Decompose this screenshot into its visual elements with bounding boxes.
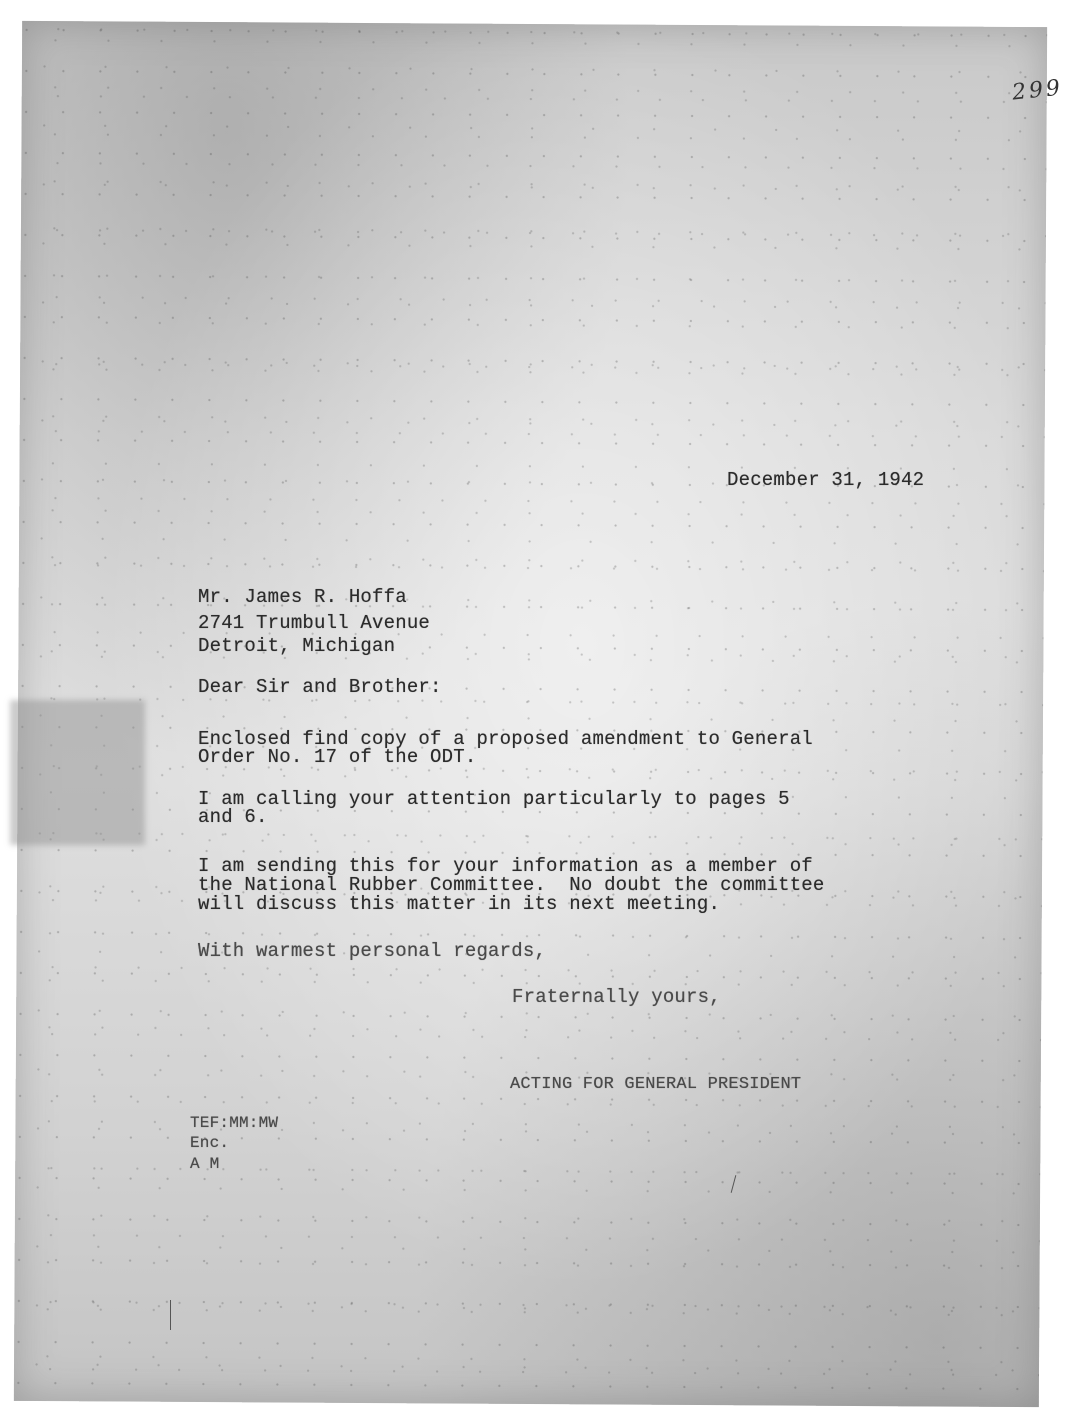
complimentary-close: Fraternally yours, [512, 988, 721, 1007]
letter-date: December 31, 1942 [727, 471, 924, 490]
reference-note: A M [190, 1155, 219, 1174]
letter: 299 December 31, 1942 Mr. James R. Hoffa… [0, 0, 1085, 1417]
recipient-city: Detroit, Michigan [198, 637, 395, 656]
reference-initials: TEF:MM:MW [190, 1114, 278, 1133]
scan-mark [731, 1175, 737, 1193]
paragraph-1-line-2: Order No. 17 of the ODT. [198, 748, 476, 767]
recipient-name: Mr. James R. Hoffa [198, 588, 407, 607]
handwritten-page-number: 299 [1011, 75, 1064, 105]
paragraph-2-line-2: and 6. [198, 808, 268, 827]
paragraph-3-line-3: will discuss this matter in its next mee… [198, 895, 720, 914]
recipient-street: 2741 Trumbull Avenue [198, 614, 430, 633]
salutation: Dear Sir and Brother: [198, 678, 442, 697]
scan-mark [170, 1300, 171, 1330]
enclosure-notation: Enc. [190, 1134, 229, 1153]
signature-title: ACTING FOR GENERAL PRESIDENT [510, 1075, 801, 1094]
paragraph-2-line-1: I am calling your attention particularly… [198, 790, 790, 809]
regards-line: With warmest personal regards, [198, 942, 546, 961]
